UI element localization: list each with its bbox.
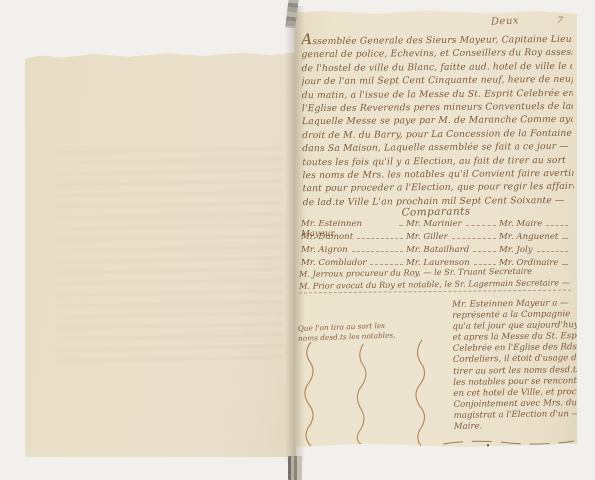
dash-filler <box>537 251 568 252</box>
ink-bleed-through <box>55 142 282 367</box>
name: Mr. Batailhard <box>406 245 469 255</box>
closing-flourish-rule <box>443 437 575 447</box>
space-filler-squiggle <box>410 338 430 450</box>
name: Mr. Giller <box>406 232 448 242</box>
name-row: Mr. Dumont Mr. Giller Mr. Anguenet <box>301 232 571 245</box>
resolution-line: Maire. <box>454 420 578 433</box>
name: Mr. Aigron <box>301 245 348 255</box>
name: Mr. Dumont <box>301 232 353 242</box>
dash-filler <box>357 238 403 239</box>
resolution-line: magistrat a l'Election d'un — <box>454 409 578 422</box>
folio-word: Deux <box>491 15 520 27</box>
dash-filler <box>474 264 496 265</box>
dash-filler <box>473 251 496 252</box>
ink-blot <box>487 444 489 449</box>
binding-tape-bottom <box>288 456 302 480</box>
name-row: Mr. Esteinnen Mayeur Mr. Marinier Mr. Ma… <box>301 219 571 232</box>
name: Mr. Marinier <box>406 219 462 229</box>
dash-filler <box>352 251 403 252</box>
name: Mr. Joly <box>499 245 533 255</box>
manuscript-scan: Deux 7 Assemblée Generale des Sieurs May… <box>0 0 595 480</box>
comparants-name-list: Mr. Esteinnen Mayeur Mr. Marinier Mr. Ma… <box>301 219 571 271</box>
dash-filler <box>546 225 568 226</box>
resolution-paragraph: Mr. Esteinnen Mayeur a — représenté a la… <box>452 298 578 433</box>
assembly-paragraph: Assemblée Generale des Sieurs Mayeur, Ca… <box>301 31 574 210</box>
name: Mr. Anguenet <box>499 232 558 242</box>
page-number: 7 <box>557 16 564 27</box>
dash-filler <box>399 225 403 226</box>
name: Mr. Comblador <box>301 258 366 268</box>
dash-filler <box>370 264 403 265</box>
left-page <box>25 52 296 457</box>
right-page: Deux 7 Assemblée Generale des Sieurs May… <box>295 10 577 447</box>
space-filler-squiggle <box>352 342 371 446</box>
space-filler-squiggle <box>301 340 317 448</box>
name: Mr. Maire <box>499 219 542 229</box>
dash-filler <box>562 238 568 239</box>
dash-filler <box>466 225 496 226</box>
officers-lines: M. Jerroux procureur du Roy, — le Sr. Tr… <box>299 265 573 292</box>
dash-filler <box>452 238 496 239</box>
name-row: Mr. Aigron Mr. Batailhard Mr. Joly <box>301 245 571 258</box>
